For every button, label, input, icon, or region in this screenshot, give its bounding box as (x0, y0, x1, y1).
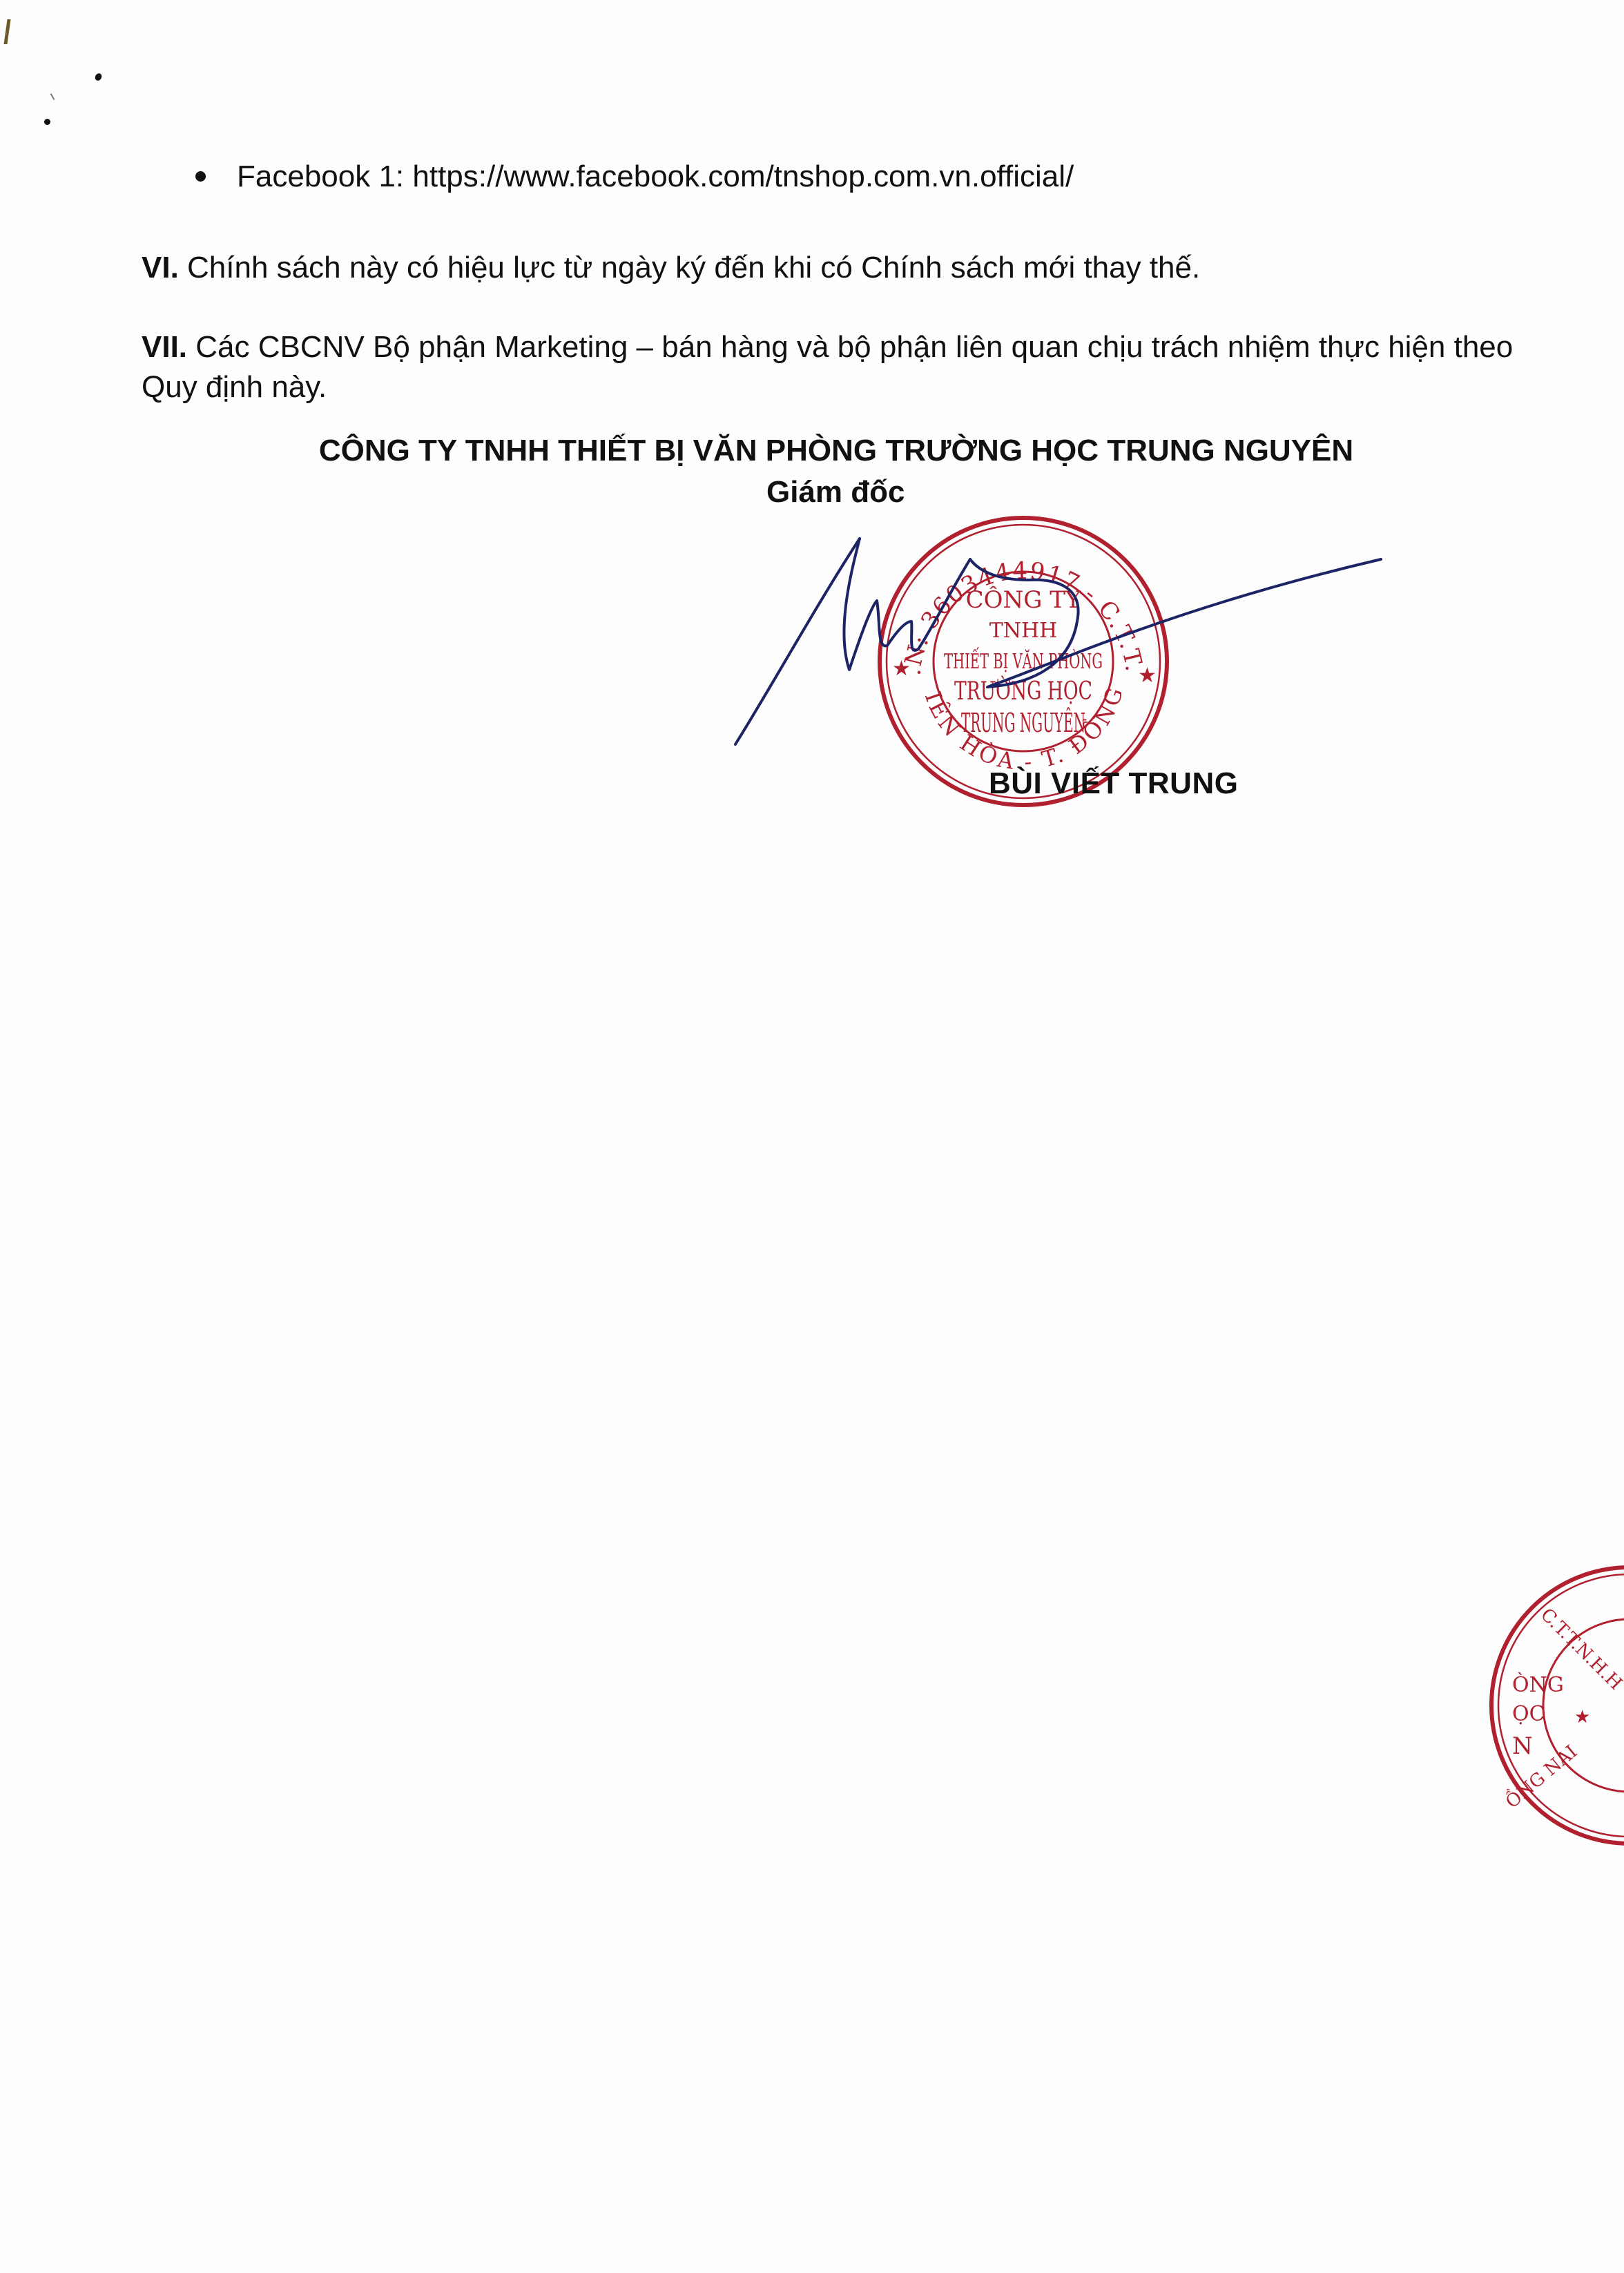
section-vi: VI. Chính sách này có hiệu lực từ ngày k… (142, 249, 1200, 287)
facebook-link-text[interactable]: Facebook 1: https://www.facebook.com/tns… (237, 157, 1074, 195)
signer-role: Giám đốc (766, 475, 905, 510)
partial-seal-icon: C.T.T.N.H.H ÒNG ỌC N ỒNG NAI ★ (1485, 1560, 1624, 1850)
scan-artifact (3, 19, 10, 44)
section-vii: VII. Các CBCNV Bộ phận Marketing – bán h… (142, 327, 1557, 407)
svg-text:N: N (1512, 1732, 1533, 1760)
svg-text:ỌC: ỌC (1512, 1702, 1545, 1726)
section-text: Các CBCNV Bộ phận Marketing – bán hàng v… (142, 330, 1513, 404)
bullet-icon (195, 171, 206, 182)
signer-name: BÙI VIẾT TRUNG (989, 766, 1238, 801)
section-number: VII. (142, 330, 187, 364)
section-text: Chính sách này có hiệu lực từ ngày ký đế… (187, 251, 1200, 284)
scan-artifact (94, 72, 103, 81)
signature-icon (732, 525, 1388, 753)
scan-artifact (44, 119, 50, 125)
document-page: Facebook 1: https://www.facebook.com/tns… (0, 0, 1624, 2273)
scan-artifact (50, 93, 55, 100)
company-name: CÔNG TY TNHH THIẾT BỊ VĂN PHÒNG TRƯỜNG H… (0, 434, 1624, 468)
svg-text:★: ★ (1574, 1707, 1590, 1728)
svg-text:ÒNG: ÒNG (1512, 1672, 1564, 1697)
facebook-link-item: Facebook 1: https://www.facebook.com/tns… (195, 157, 1074, 195)
section-number: VI. (142, 251, 179, 284)
